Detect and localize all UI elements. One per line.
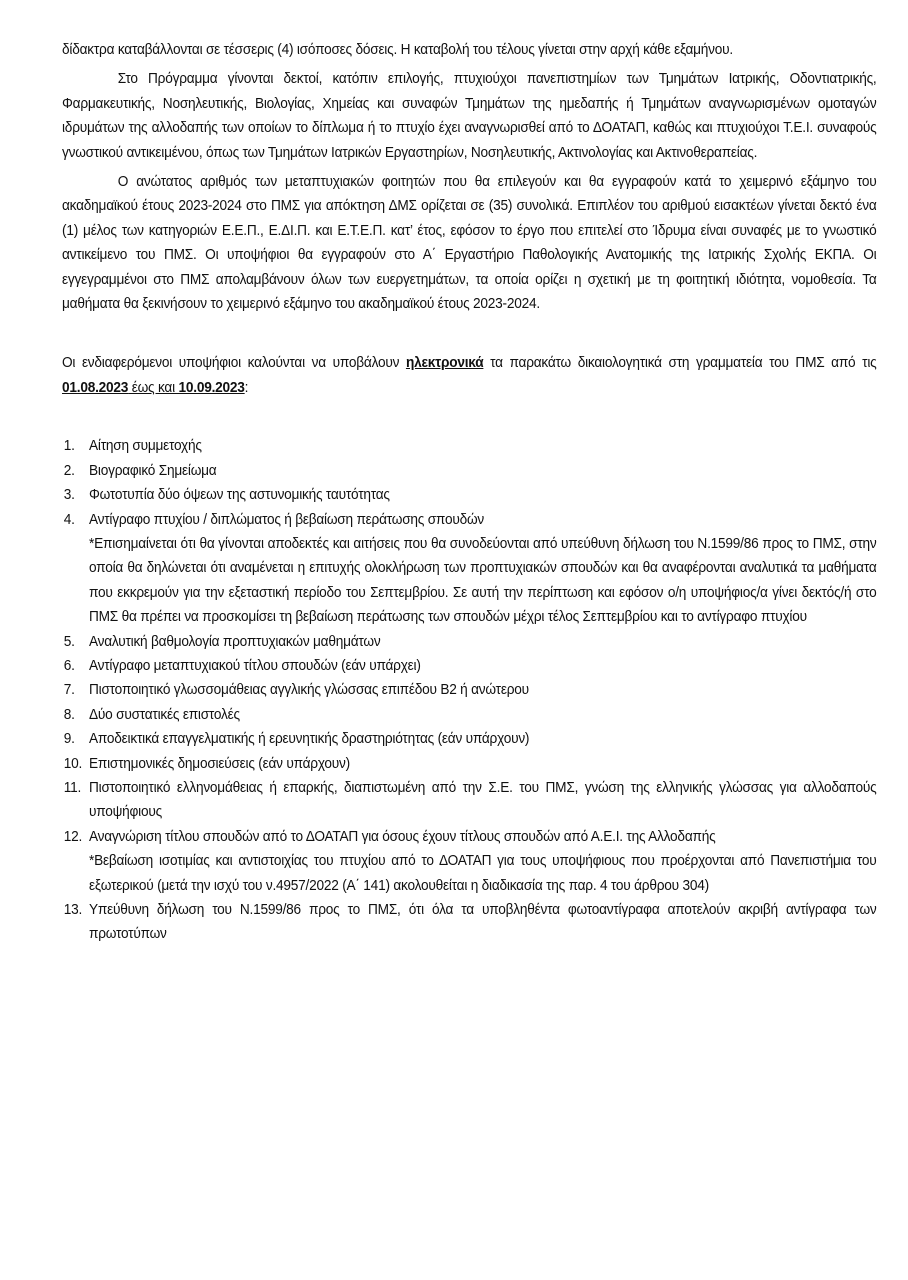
list-item-text: Υπεύθυνη δήλωση του Ν.1599/86 προς το ΠΜ… [89,901,877,942]
list-item-text: Αναλυτική βαθμολογία προπτυχιακών μαθημά… [89,633,380,650]
paragraph-tuition: δίδακτρα καταβάλλονται σε τέσσερις (4) ι… [62,38,877,62]
list-item-number: 2. [64,459,75,483]
list-item-text: Αντίγραφο πτυχίου / διπλώματος ή βεβαίωσ… [89,511,484,528]
list-item-number: 12. [64,825,82,849]
list-item-number: 1. [64,434,75,458]
list-item-number: 8. [64,703,75,727]
list-item-number: 7. [64,678,75,702]
list-item-text: Πιστοποιητικό ελληνομάθειας ή επαρκής, δ… [89,779,877,820]
list-item-text: Πιστοποιητικό γλωσσομάθειας αγγλικής γλώ… [89,681,529,698]
list-item-text: Αποδεικτικά επαγγελματικής ή ερευνητικής… [89,730,529,747]
list-item: 11.Πιστοποιητικό ελληνομάθειας ή επαρκής… [62,776,877,825]
list-item: 12.Αναγνώριση τίτλου σπουδών από το ΔΟΑΤ… [62,825,877,898]
list-item-number: 9. [64,727,75,751]
list-item-number: 5. [64,630,75,654]
date-between: έως και [128,379,178,396]
list-item: 5.Αναλυτική βαθμολογία προπτυχιακών μαθη… [62,630,877,654]
list-item: 9.Αποδεικτικά επαγγελματικής ή ερευνητικ… [62,727,877,751]
list-item-number: 11. [64,776,81,800]
list-item-text: Αίτηση συμμετοχής [89,437,202,454]
list-item-note: *Βεβαίωση ισοτιμίας και αντιστοιχίας του… [89,849,877,898]
paragraph-admissions: Ο ανώτατος αριθμός των μεταπτυχιακών φοι… [62,170,877,316]
document-page: δίδακτρα καταβάλλονται σε τέσσερις (4) ι… [62,38,877,947]
invitation-text-1: Οι ενδιαφερόμενοι υποψήφιοι καλούνται να… [62,354,406,371]
list-item-note: *Επισημαίνεται ότι θα γίνονται αποδεκτές… [89,532,877,630]
paragraph-eligibility: Στο Πρόγραμμα γίνονται δεκτοί, κατόπιν ε… [62,67,877,165]
list-item: 8.Δύο συστατικές επιστολές [62,703,877,727]
submission-period: 01.08.2023 έως και 10.09.2023 [62,379,245,396]
invitation-end: : [245,379,249,396]
invitation-emphasis: ηλεκτρονικά [406,354,483,371]
requirements-list: 1.Αίτηση συμμετοχής2.Βιογραφικό Σημείωμα… [62,434,877,947]
list-item-number: 3. [64,483,75,507]
list-item-number: 4. [64,508,75,532]
list-item-text: Φωτοτυπία δύο όψεων της αστυνομικής ταυτ… [89,486,390,503]
invitation-text-2: τα παρακάτω δικαιολογητικά στη γραμματεί… [483,354,876,371]
list-item-number: 13. [64,898,82,922]
list-item: 3.Φωτοτυπία δύο όψεων της αστυνομικής τα… [62,483,877,507]
date-to: 10.09.2023 [178,379,244,396]
list-item: 7.Πιστοποιητικό γλωσσομάθειας αγγλικής γ… [62,678,877,702]
list-item: 13.Υπεύθυνη δήλωση του Ν.1599/86 προς το… [62,898,877,947]
list-item: 6.Αντίγραφο μεταπτυχιακού τίτλου σπουδών… [62,654,877,678]
list-item: 4.Αντίγραφο πτυχίου / διπλώματος ή βεβαί… [62,508,877,630]
list-item-text: Δύο συστατικές επιστολές [89,706,240,723]
paragraph-invitation: Οι ενδιαφερόμενοι υποψήφιοι καλούνται να… [62,351,877,400]
list-item-text: Βιογραφικό Σημείωμα [89,462,216,479]
list-item-number: 10. [64,752,82,776]
list-item-text: Επιστημονικές δημοσιεύσεις (εάν υπάρχουν… [89,755,350,772]
list-item-text: Αναγνώριση τίτλου σπουδών από το ΔΟΑΤΑΠ … [89,828,715,845]
list-item-text: Αντίγραφο μεταπτυχιακού τίτλου σπουδών (… [89,657,421,674]
list-item: 10.Επιστημονικές δημοσιεύσεις (εάν υπάρχ… [62,752,877,776]
list-item-number: 6. [64,654,75,678]
document-body: δίδακτρα καταβάλλονται σε τέσσερις (4) ι… [62,38,877,947]
list-item: 2.Βιογραφικό Σημείωμα [62,459,877,483]
list-item: 1.Αίτηση συμμετοχής [62,434,877,458]
date-from: 01.08.2023 [62,379,128,396]
